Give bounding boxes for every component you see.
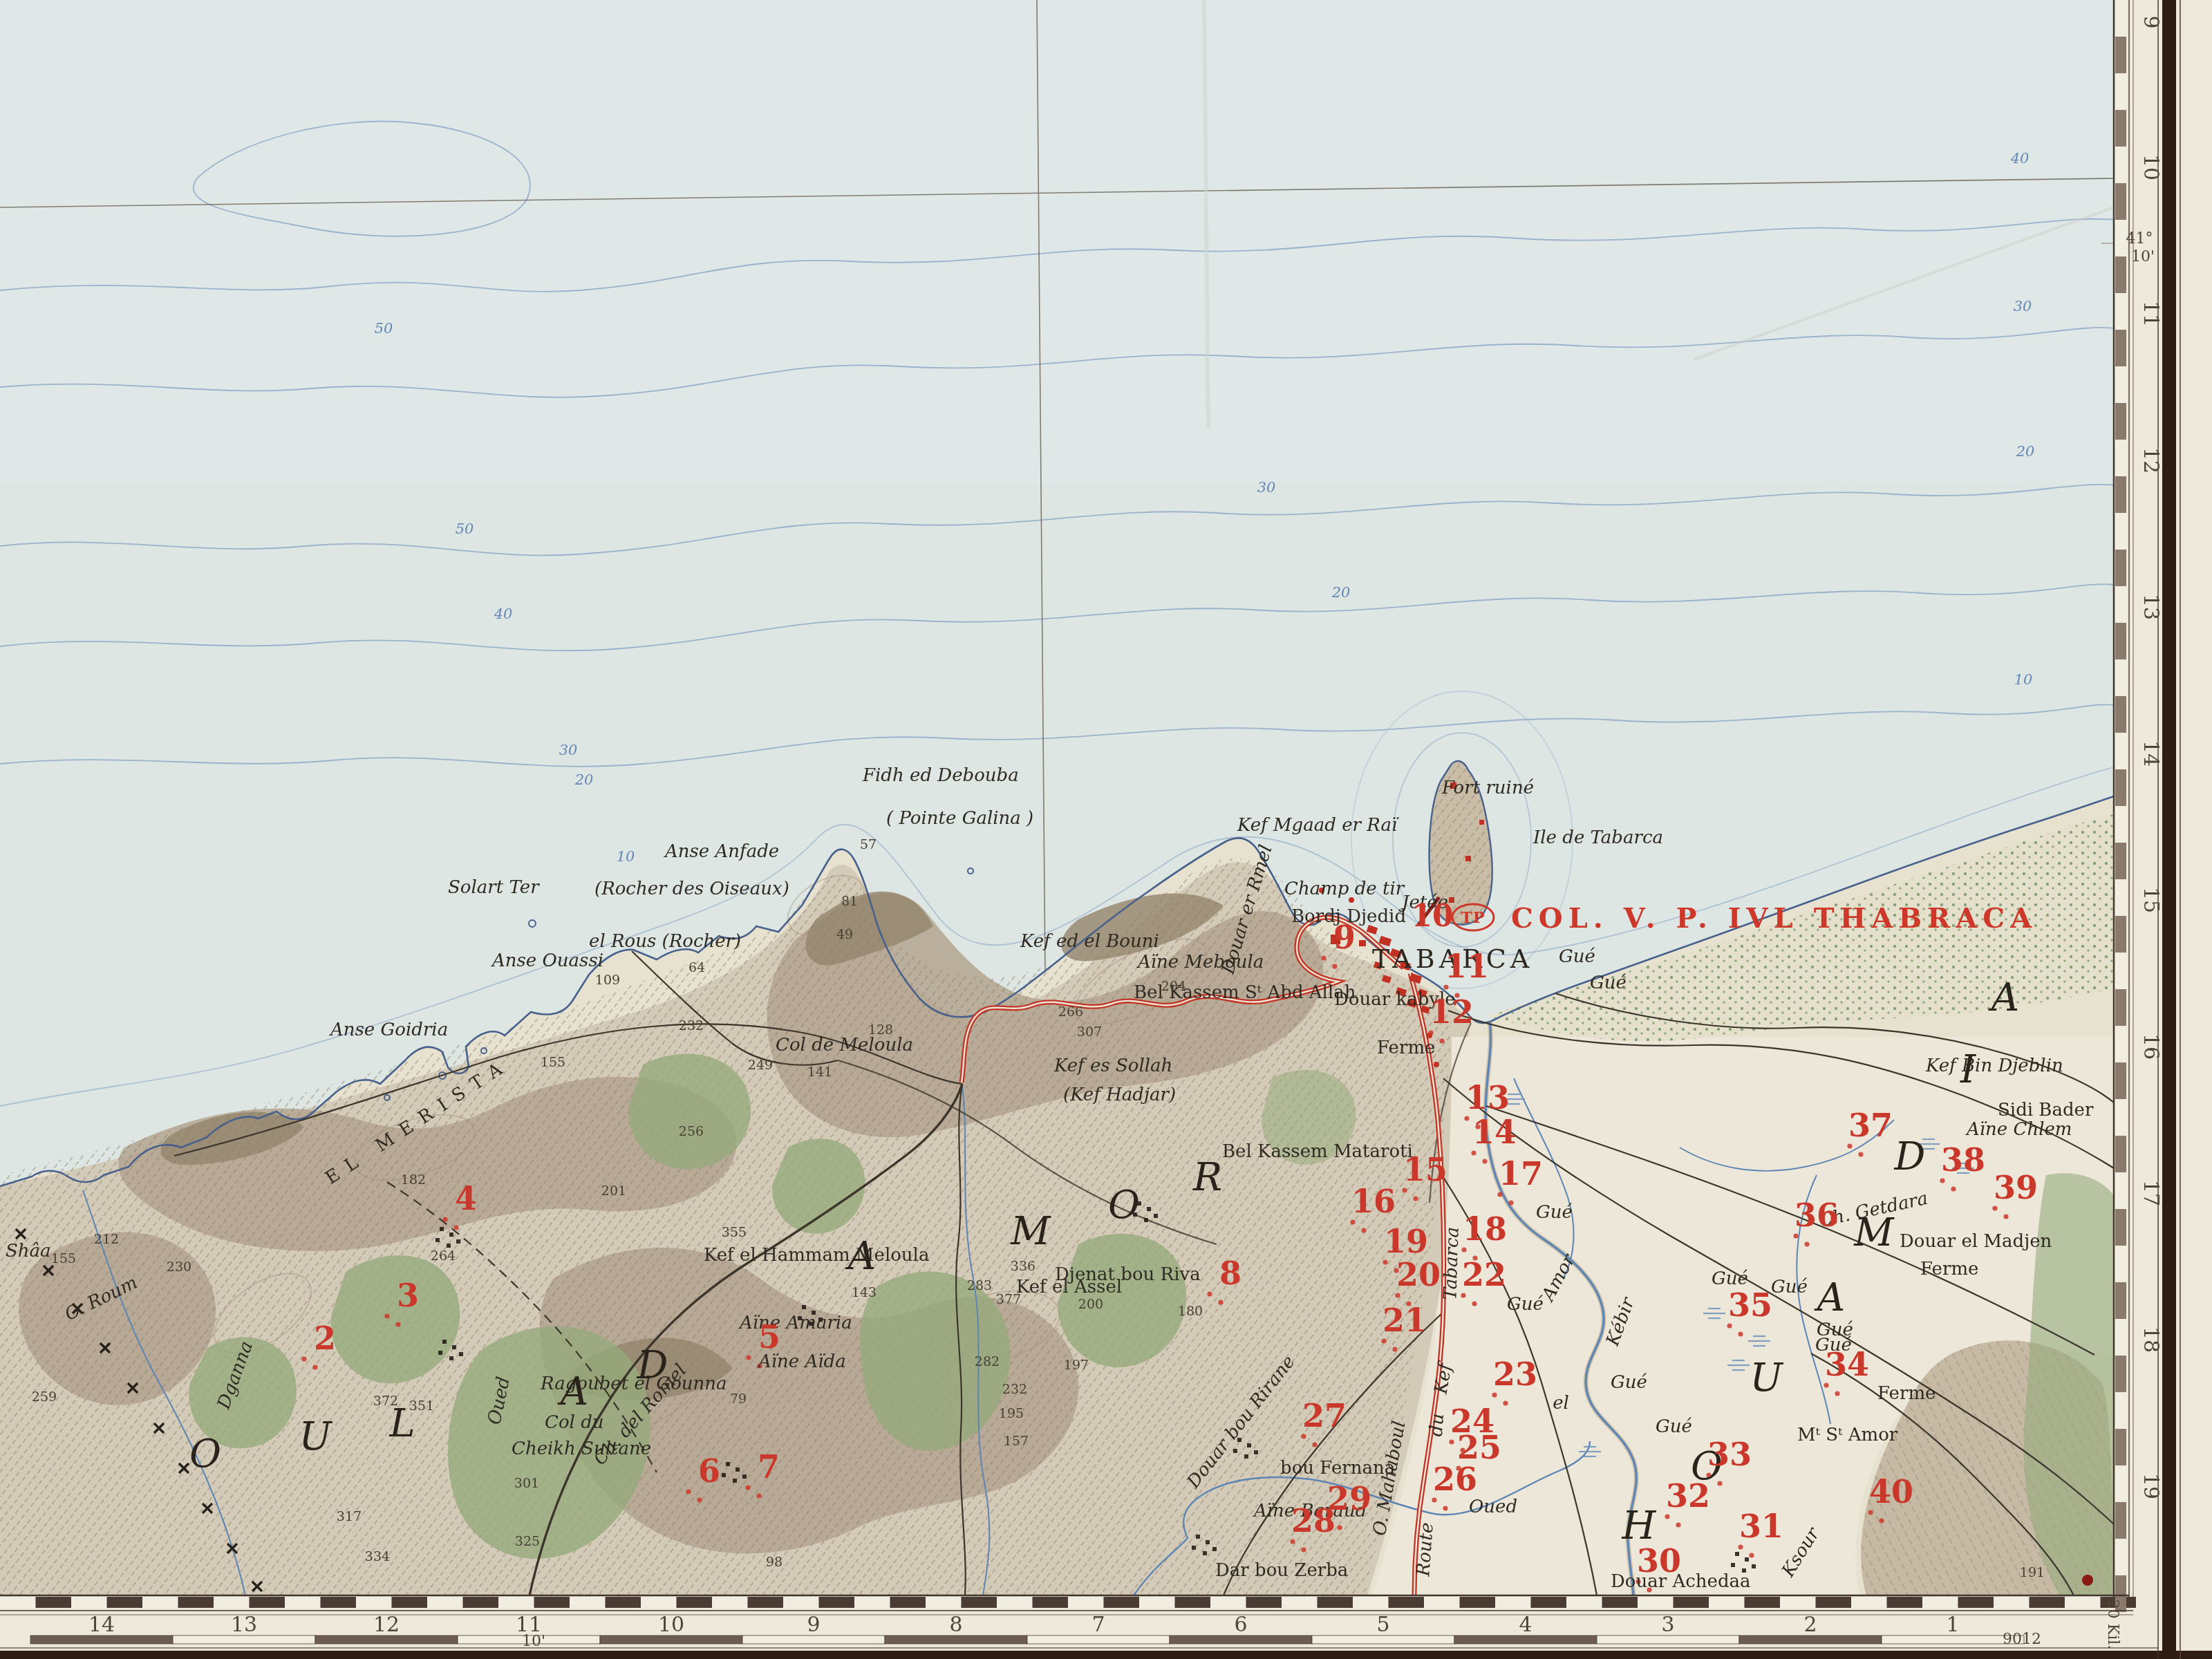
map-label-200: 200: [1078, 1297, 1103, 1312]
map-label-a-ne-amaria: Aïne Amaria: [738, 1313, 852, 1333]
bottom-minute-tick: [392, 1597, 428, 1608]
red-site-dot: [1432, 1497, 1436, 1502]
red-site-dot: [1492, 1392, 1497, 1397]
right-minute-tick: [2115, 147, 2126, 183]
bottom-minute-tick: [854, 1597, 890, 1608]
map-label-anse-goidria: Anse Goidria: [329, 1020, 448, 1040]
bottom-minute-tick: [142, 1597, 178, 1608]
red-site-dot: [1879, 1518, 1884, 1523]
right-minute-tick: [2115, 0, 2126, 37]
red-site-dot: [686, 1489, 691, 1494]
bottom-minute-tick: [677, 1597, 713, 1608]
map-label-bel-kassem-mataroti: Bel Kassem Mataroti: [1222, 1141, 1413, 1162]
map-label-307: 307: [1077, 1024, 1102, 1040]
map-label-31: 31: [1739, 1508, 1783, 1545]
bottom-minute-tick: [1531, 1597, 1567, 1608]
map-label-27: 27: [1302, 1397, 1347, 1434]
corner-register-dot: [2082, 1575, 2093, 1586]
frame-bottom-number: 3: [1661, 1613, 1674, 1637]
map-label-40: 40: [494, 606, 513, 622]
map-label-50: 50: [375, 320, 393, 337]
map-label-141: 141: [807, 1065, 832, 1080]
red-site-dot: [1290, 1539, 1295, 1544]
map-label-317: 317: [337, 1509, 362, 1524]
bottom-minute-tick: [107, 1597, 143, 1608]
bottom-minute-tick: [427, 1597, 463, 1608]
bottom-minute-tick: [71, 1597, 107, 1608]
bottom-minute-tick: [214, 1597, 250, 1608]
bottom-minute-tick: [997, 1597, 1033, 1608]
map-label-a: A: [1988, 975, 2021, 1020]
map-label-35: 35: [1728, 1286, 1772, 1324]
frame-bottom-number: 1: [1946, 1613, 1959, 1637]
red-site-dot: [1858, 1152, 1863, 1156]
bottom-minute-tick: [1887, 1597, 1923, 1608]
map-label-d: D: [637, 1343, 670, 1388]
right-minute-tick: [2115, 1282, 2126, 1319]
red-site-dot: [1449, 1439, 1454, 1444]
red-site-dot: [746, 1355, 751, 1360]
right-minute-tick: [2115, 659, 2126, 696]
map-label-6: 6: [698, 1452, 720, 1490]
map-label-kef-ed-el-bouni: Kef ed el Bouni: [1020, 931, 1159, 952]
red-site-dot: [1793, 1233, 1798, 1238]
right-minute-tick: [2115, 73, 2126, 110]
right-minute-tick: [2115, 586, 2126, 623]
map-label-o: O: [1108, 1183, 1141, 1228]
red-site-dot: [1392, 1347, 1397, 1351]
map-label-259: 259: [32, 1389, 57, 1405]
bottom-minute-tick: [1282, 1597, 1318, 1608]
right-minute-tick: [2115, 183, 2126, 220]
red-site-dot: [1738, 1544, 1743, 1549]
red-site-dot: [1337, 1525, 1342, 1530]
frame-right-number: 16: [2139, 1033, 2163, 1060]
red-site-dot: [1804, 1241, 1809, 1246]
map-label-230: 230: [167, 1259, 191, 1275]
map-label-30: 30: [1257, 479, 1276, 496]
right-minute-tick: [2115, 733, 2126, 769]
map-label-a-ne-meboula: Aïne Meboula: [1136, 952, 1264, 973]
map-label--pointe-galina-: ( Pointe Galina ): [886, 808, 1033, 829]
map-label-champ-de-tir: Champ de tir: [1284, 879, 1405, 899]
map-label-20: 20: [1396, 1256, 1441, 1293]
map-label-sidi-bader: Sidi Bader: [1998, 1100, 2094, 1121]
bottom-minute-tick: [2065, 1597, 2101, 1608]
map-label-a: A: [1814, 1275, 1846, 1320]
right-minute-tick: [2115, 696, 2126, 733]
map-label-10: 10: [617, 848, 635, 865]
map-label-40: 40: [1869, 1473, 1913, 1510]
map-label-du: du: [1426, 1413, 1448, 1437]
map-label-36: 36: [1794, 1197, 1839, 1234]
bottom-minute-tick: [1566, 1597, 1602, 1608]
red-site-dot: [1508, 1200, 1513, 1205]
frame-bottom-number: 14: [88, 1613, 115, 1637]
bottom-minute-tick: [1709, 1597, 1745, 1608]
map-label-18: 18: [1463, 1210, 1507, 1248]
plate-number: 9012: [2003, 1631, 2041, 1648]
map-label-d: D: [1894, 1134, 1927, 1179]
right-minute-tick: [2115, 37, 2126, 73]
red-site-dot: [1464, 1116, 1469, 1121]
map-label-33: 33: [1707, 1436, 1752, 1473]
red-site-dot: [1439, 1038, 1444, 1043]
map-label-155: 155: [51, 1251, 76, 1266]
bottom-minute-tick: [1139, 1597, 1175, 1608]
bottom-minute-tick: [570, 1597, 606, 1608]
red-site-dot: [1940, 1178, 1944, 1183]
bottom-minute-tick: [36, 1597, 72, 1608]
map-label-377: 377: [996, 1292, 1021, 1307]
red-site-dot: [1381, 1338, 1386, 1343]
right-minute-tick: [2115, 1209, 2126, 1246]
frame-bottom-number: 4: [1519, 1613, 1532, 1637]
red-site-dot: [2003, 1214, 2008, 1219]
map-label-o: O: [189, 1432, 223, 1477]
map-label-79: 79: [730, 1391, 747, 1407]
map-label-22: 22: [1462, 1256, 1506, 1293]
right-minute-tick: [2115, 220, 2126, 256]
latitude-degrees: 41°: [2126, 230, 2153, 247]
red-site-dot: [1332, 964, 1337, 968]
right-minute-tick: [2115, 366, 2126, 403]
map-label--rocher-des-oiseaux-: (Rocher des Oiseaux): [594, 879, 789, 899]
right-minute-tick: [2115, 1246, 2126, 1282]
map-label-col-du: Col du: [545, 1412, 604, 1433]
map-label-8: 8: [1219, 1255, 1241, 1292]
right-minute-tick: [2115, 623, 2126, 659]
red-site-dot: [1218, 1300, 1223, 1304]
bottom-minute-tick: [1745, 1597, 1781, 1608]
map-label-kef-el-hammam-meloula: Kef el Hammam Meloula: [704, 1245, 929, 1266]
map-label-gu-: Gué: [1656, 1416, 1692, 1437]
map-label-a: A: [557, 1369, 590, 1414]
map-label-182: 182: [401, 1172, 426, 1188]
map-label-gu-: Gué: [1771, 1277, 1808, 1297]
frame-right-number: 18: [2139, 1327, 2163, 1353]
map-label-197: 197: [1064, 1358, 1089, 1373]
map-label-232: 232: [679, 1018, 704, 1033]
bottom-minute-tick: [1068, 1597, 1104, 1608]
map-label-14: 14: [1472, 1114, 1517, 1151]
red-site-dot: [1443, 1506, 1447, 1510]
map-label-372: 372: [373, 1394, 398, 1409]
map-label--kef-hadjar-: (Kef Hadjar): [1063, 1085, 1176, 1105]
red-site-dot: [1361, 1228, 1366, 1232]
frame-thick-rule-bottom: [0, 1651, 2212, 1659]
bottom-minute-tick: [1353, 1597, 1389, 1608]
map-label-81: 81: [841, 894, 858, 909]
map-label-143: 143: [852, 1285, 877, 1300]
map-label-gu-: Gué: [1590, 973, 1627, 993]
map-label-17: 17: [1499, 1155, 1543, 1192]
map-label-50: 50: [456, 521, 474, 537]
map-label-7: 7: [758, 1448, 780, 1485]
map-label-32: 32: [1666, 1477, 1710, 1515]
frame-bottom-number: 8: [949, 1613, 962, 1637]
map-label-gu-: Gué: [1611, 1372, 1647, 1393]
bottom-minute-tick: [1780, 1597, 1816, 1608]
red-site-dot: [1868, 1510, 1873, 1515]
kilometre-scale-bar[interactable]: [30, 1635, 2024, 1644]
red-site-dot: [1835, 1391, 1839, 1396]
frame-bottom-number: 5: [1376, 1613, 1389, 1637]
map-label-m: M: [1010, 1209, 1051, 1254]
map-page: 505040302010302040302010Fidh ed Debouba(…: [0, 0, 2212, 1659]
map-label-336: 336: [1011, 1259, 1035, 1274]
map-label-anse-anfade: Anse Anfade: [664, 841, 779, 862]
bottom-minute-tick: [1638, 1597, 1674, 1608]
map-label-191: 191: [2020, 1565, 2045, 1580]
map-label-64: 64: [688, 960, 705, 975]
map-label-26: 26: [1433, 1461, 1477, 1498]
red-site-dot: [745, 1485, 750, 1490]
map-label-douar-el-madjen: Douar el Madjen: [1900, 1231, 2052, 1252]
red-site-dot: [1461, 1293, 1465, 1297]
bottom-minute-tick: [178, 1597, 214, 1608]
map-label-oued: Oued: [1469, 1497, 1517, 1517]
bottom-minute-tick: [1246, 1597, 1282, 1608]
frame-bottom-number: 9: [807, 1613, 820, 1637]
right-minute-tick: [2115, 1429, 2126, 1465]
map-label-kef-bin-djeblin: Kef Bin Djeblin: [1925, 1056, 2063, 1076]
map-label-ferme: Ferme: [1377, 1038, 1435, 1058]
map-label-109: 109: [595, 973, 620, 988]
right-minute-tick: [2115, 1099, 2126, 1136]
red-site-dot: [1824, 1382, 1828, 1387]
right-minute-tick: [2115, 806, 2126, 843]
map-label-route: Route: [1413, 1522, 1437, 1578]
right-minute-tick: [2115, 1026, 2126, 1062]
red-site-dot: [312, 1365, 317, 1369]
bottom-minute-tick: [962, 1597, 997, 1608]
red-site-dot: [1727, 1323, 1732, 1328]
right-minute-tick: [2115, 293, 2126, 330]
right-minute-tick: [2115, 1319, 2126, 1356]
map-label-fidh-ed-debouba: Fidh ed Debouba: [862, 765, 1019, 786]
red-site-dot: [1350, 1219, 1355, 1224]
frame-right-number: 17: [2139, 1180, 2163, 1206]
right-minute-tick: [2115, 953, 2126, 989]
map-label-282: 282: [975, 1354, 1000, 1369]
red-site-dot: [301, 1356, 306, 1361]
map-label-u: U: [1750, 1356, 1783, 1400]
bottom-minute-tick: [498, 1597, 534, 1608]
map-label-kef-el-assel: Kef el Assel: [1016, 1277, 1122, 1297]
red-site-dot: [1321, 955, 1326, 960]
map-label-351: 351: [409, 1398, 434, 1414]
red-site-dot: [1749, 1553, 1754, 1557]
map-label-tabarca: Tabarca: [1440, 1226, 1463, 1300]
map-label-12: 12: [1430, 993, 1474, 1031]
bottom-minute-tick: [1104, 1597, 1140, 1608]
map-label-bou-fernana: bou Fernana: [1280, 1458, 1395, 1479]
map-label-39: 39: [1994, 1169, 2038, 1206]
map-label-266: 266: [1058, 1004, 1083, 1020]
bottom-minute-tick: [1602, 1597, 1638, 1608]
right-minute-tick: [2115, 330, 2126, 366]
red-site-dot: [1471, 1150, 1476, 1155]
map-label-10: 10: [2014, 671, 2033, 688]
red-site-dot: [1428, 1030, 1433, 1035]
right-minute-tick: [2115, 403, 2126, 440]
bottom-minute-tick: [1318, 1597, 1353, 1608]
right-minute-tick: [2115, 769, 2126, 806]
map-label-20: 20: [574, 771, 594, 788]
map-label-cheikh-sultane: Cheikh Sultane: [512, 1438, 651, 1459]
map-label-334: 334: [365, 1549, 390, 1564]
map-label-gu-: Gué: [1507, 1294, 1544, 1315]
bottom-minute-tick: [1460, 1597, 1496, 1608]
red-site-dot: [1402, 1188, 1407, 1192]
map-label-a: A: [845, 1234, 877, 1279]
bottom-minute-tick: [641, 1597, 677, 1608]
map-label-16: 16: [1351, 1183, 1396, 1220]
map-label-20: 20: [2016, 443, 2035, 460]
map-label-325: 325: [515, 1534, 540, 1549]
map-label-11: 11: [1445, 948, 1489, 985]
map-label-dar-bou-zerba: Dar bou Zerba: [1215, 1560, 1348, 1581]
map-label-m: M: [1853, 1210, 1895, 1255]
bottom-minute-tick: [819, 1597, 855, 1608]
map-label-anse-ouassi: Anse Ouassi: [491, 950, 603, 971]
map-label-col-de-meloula: Col de Meloula: [776, 1035, 913, 1056]
red-site-dot: [1676, 1522, 1680, 1527]
bottom-minute-tick: [285, 1597, 321, 1608]
red-site-dot: [1738, 1331, 1743, 1336]
map-label-ferme: Ferme: [1877, 1383, 1935, 1404]
map-label-u: U: [299, 1414, 332, 1459]
right-minute-tick: [2115, 550, 2126, 586]
frame-right-number: 9: [2139, 15, 2163, 28]
frame-bottom-number: 10: [658, 1613, 684, 1637]
bottom-minute-tick: [1424, 1597, 1460, 1608]
map-label-204: 204: [1161, 979, 1186, 994]
frame-right-number: 10: [2139, 154, 2163, 180]
map-label-4: 4: [455, 1180, 477, 1217]
right-minute-tick: [2115, 1502, 2126, 1539]
bottom-minute-tick: [1958, 1597, 1994, 1608]
map-label-20: 20: [1331, 584, 1351, 601]
map-label-155: 155: [541, 1055, 565, 1070]
map-label-180: 180: [1178, 1304, 1203, 1319]
map-label-98: 98: [766, 1555, 782, 1570]
bottom-minute-tick: [1851, 1597, 1887, 1608]
latitude-minutes: 10': [2131, 248, 2155, 265]
red-site-dot: [384, 1313, 389, 1318]
map-label-128: 128: [868, 1022, 893, 1038]
right-minute-tick: [2115, 1356, 2126, 1392]
map-label-21: 21: [1382, 1302, 1427, 1339]
map-label-38: 38: [1941, 1141, 1985, 1179]
red-site-dot: [1847, 1143, 1852, 1148]
red-site-dot: [1482, 1159, 1487, 1163]
map-label-10: 10: [1411, 899, 1453, 934]
frame-right-number: 11: [2139, 301, 2163, 327]
right-minute-tick: [2115, 513, 2126, 550]
map-label-r: R: [1192, 1155, 1224, 1200]
map-label-30: 30: [559, 742, 578, 758]
bottom-minute-tick: [463, 1597, 499, 1608]
map-label-49: 49: [836, 927, 853, 942]
frame-bottom-number: 12: [373, 1613, 400, 1637]
frame-bottom-number: 2: [1803, 1613, 1817, 1637]
bottom-minute-tick: [1175, 1597, 1211, 1608]
red-site-dot: [1395, 1293, 1400, 1297]
map-label-15: 15: [1403, 1151, 1447, 1188]
map-label-40: 40: [2010, 150, 2030, 167]
frame-right-number: 12: [2139, 447, 2163, 474]
red-site-dot: [1497, 1192, 1502, 1197]
bottom-minute-tick: [1389, 1597, 1425, 1608]
map-label-a-ne-chlem: Aïne Chlem: [1965, 1119, 2072, 1140]
map-label-30: 30: [1637, 1542, 1681, 1580]
bottom-minute-tick: [1674, 1597, 1709, 1608]
red-site-dot: [1472, 1301, 1477, 1306]
map-label-5: 5: [758, 1318, 780, 1356]
bottom-minute-tick: [2030, 1597, 2065, 1608]
bottom-minute-tick: [356, 1597, 392, 1608]
map-label-ferme: Ferme: [1920, 1259, 1978, 1280]
scale-unit-label: 20 Kil.: [2104, 1600, 2121, 1650]
map-label-kef-mgaad-er-ra-: Kef Mgaad er Raï: [1237, 815, 1399, 836]
map-label-355: 355: [722, 1225, 747, 1240]
map-label-301: 301: [514, 1476, 539, 1491]
right-minute-tick: [2115, 1062, 2126, 1099]
red-site-dot: [1312, 1442, 1317, 1447]
bottom-minute-tick: [250, 1597, 285, 1608]
map-label-57: 57: [860, 837, 877, 852]
map-label-37: 37: [1848, 1107, 1893, 1144]
map-label-195: 195: [999, 1406, 1024, 1421]
red-site-dot: [1301, 1434, 1306, 1438]
map-label-9: 9: [1333, 919, 1356, 956]
map-label-gu-: Gué: [1536, 1202, 1573, 1223]
bottom-minute-tick: [1495, 1597, 1531, 1608]
right-minute-tick: [2115, 440, 2126, 476]
map-label-col-v-p-ivl-thabraca: COL. V. P. IVL THABRACA: [1511, 902, 2037, 935]
map-label-157: 157: [1004, 1434, 1029, 1449]
red-site-dot: [1951, 1186, 1956, 1191]
frame-thick-rule-right: [2162, 0, 2176, 1659]
map-label-solart-ter: Solart Ter: [448, 877, 540, 898]
bottom-minute-tick: [748, 1597, 784, 1608]
map-label-i: I: [1960, 1047, 1977, 1092]
bottom-minute-tick: [321, 1597, 357, 1608]
map-label-tp: TP: [1461, 909, 1485, 927]
bottom-meridian-label: 10': [522, 1633, 545, 1650]
map-label-201: 201: [601, 1183, 626, 1199]
bottom-minute-tick: [1210, 1597, 1246, 1608]
frame-right-number: 14: [2139, 740, 2163, 767]
map-label-249: 249: [748, 1058, 773, 1073]
red-site-dot: [442, 1217, 447, 1221]
right-minute-tick: [2115, 1392, 2126, 1429]
right-minute-tick: [2115, 476, 2126, 513]
right-minute-tick: [2115, 1136, 2126, 1172]
map-label-283: 283: [967, 1278, 992, 1293]
frame-bottom-number: 7: [1091, 1613, 1105, 1637]
red-site-dot: [1207, 1291, 1212, 1296]
right-minute-tick: [2115, 1172, 2126, 1209]
frame-right-number: 13: [2139, 594, 2163, 620]
map-label-23: 23: [1493, 1356, 1537, 1393]
bottom-minute-tick: [712, 1597, 748, 1608]
topographic-map-canvas[interactable]: 505040302010302040302010Fidh ed Debouba(…: [0, 0, 2212, 1659]
frame-right-number: 15: [2139, 887, 2163, 913]
bottom-minute-tick: [890, 1597, 926, 1608]
